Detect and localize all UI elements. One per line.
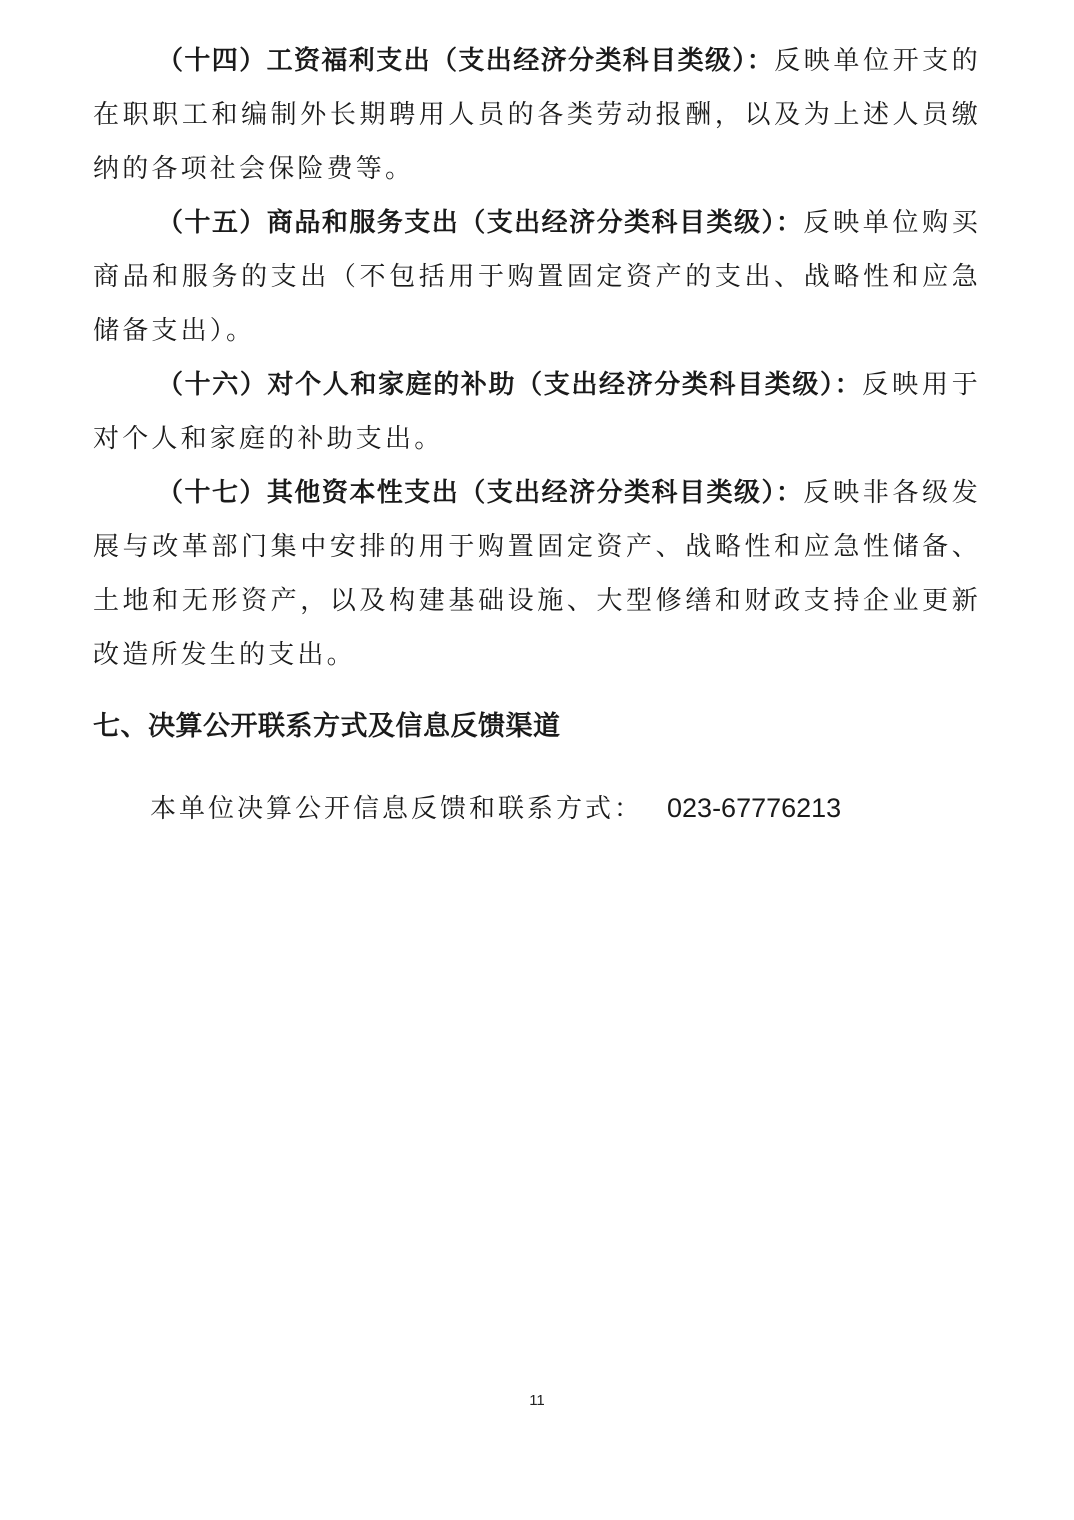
definition-paragraph-15: （十五）商品和服务支出（支出经济分类科目类级）：反映单位购买商品和服务的支出（不… (93, 196, 981, 358)
term-label: （十七）其他资本性支出（支出经济分类科目类级）： (157, 478, 803, 508)
term-label: （十五）商品和服务支出（支出经济分类科目类级）： (157, 208, 803, 238)
document-body: （十四）工资福利支出（支出经济分类科目类级）：反映单位开支的在职职工和编制外长期… (93, 34, 981, 682)
definition-paragraph-14: （十四）工资福利支出（支出经济分类科目类级）：反映单位开支的在职职工和编制外长期… (93, 34, 981, 196)
term-label: （十四）工资福利支出（支出经济分类科目类级）： (157, 46, 774, 76)
page-number: 11 (0, 1392, 1074, 1409)
section-heading: 七、决算公开联系方式及信息反馈渠道 (93, 704, 561, 743)
definition-paragraph-17: （十七）其他资本性支出（支出经济分类科目类级）：反映非各级发展与改革部门集中安排… (93, 466, 981, 682)
contact-label: 本单位决算公开信息反馈和联系方式： (150, 794, 643, 824)
contact-line: 本单位决算公开信息反馈和联系方式：023-67776213 (150, 788, 841, 825)
term-label: （十六）对个人和家庭的补助（支出经济分类科目类级）： (157, 370, 862, 400)
definition-paragraph-16: （十六）对个人和家庭的补助（支出经济分类科目类级）：反映用于对个人和家庭的补助支… (93, 358, 981, 466)
contact-phone: 023-67776213 (667, 793, 841, 823)
